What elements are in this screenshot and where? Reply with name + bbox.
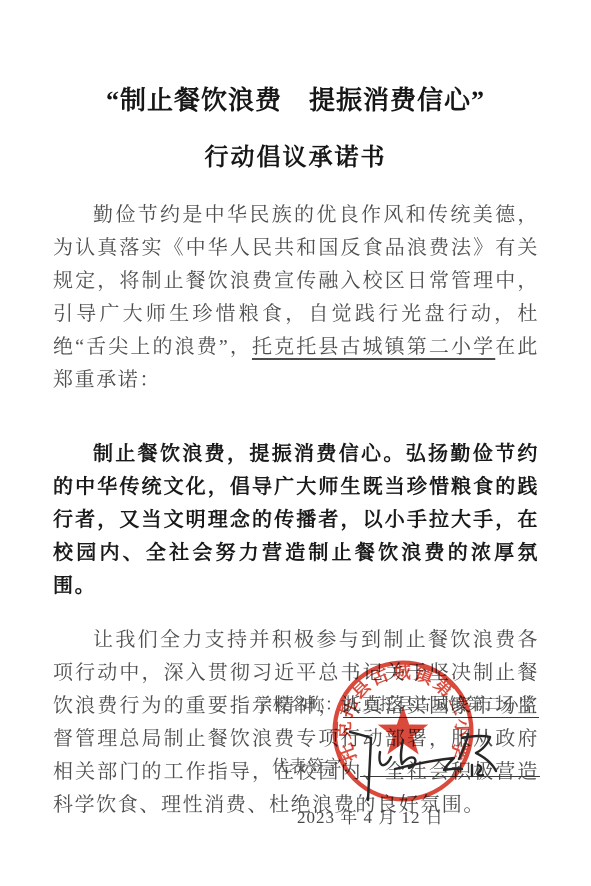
paragraph-1-text: 勤俭节约是中华民族的优良作风和传统美德，为认真落实《中华人民共和国反食品浪费法》… [53,204,539,358]
document-title-line1: “制止餐饮浪费 提振消费信心” [0,80,591,117]
school-name-underlined: 托克托县古城镇第二小学 [252,336,495,358]
signature-blank-line [360,756,540,777]
representative-signature-line: 代表签字： [272,752,540,777]
document-date: 2023 年 4 月 12 日 [297,803,444,828]
signature-label: 代表签字： [272,757,360,776]
document-page: “制止餐饮浪费 提振消费信心” 行动倡议承诺书 勤俭节约是中华民族的优良作风和传… [0,0,591,886]
document-body: 勤俭节约是中华民族的优良作风和传统美德，为认真落实《中华人民共和国反食品浪费法》… [53,199,539,822]
document-title-line2: 行动倡议承诺书 [0,137,591,172]
paragraph-2: 制止餐饮浪费，提振消费信心。弘扬勤俭节约的中华传统文化，倡导广大师生既当珍惜粮食… [53,438,539,603]
paragraph-3: 让我们全力支持并积极参与到制止餐饮浪费各项行动中，深入贯彻习近平总书记关于坚决制… [53,624,539,822]
school-name-line: 学校名称：托克托县古城镇第二小学 [255,690,539,718]
paragraph-1: 勤俭节约是中华民族的优良作风和传统美德，为认真落实《中华人民共和国反食品浪费法》… [53,199,539,397]
school-name-value: 托克托县古城镇第二小学 [343,690,539,718]
school-name-label: 学校名称： [255,695,343,714]
